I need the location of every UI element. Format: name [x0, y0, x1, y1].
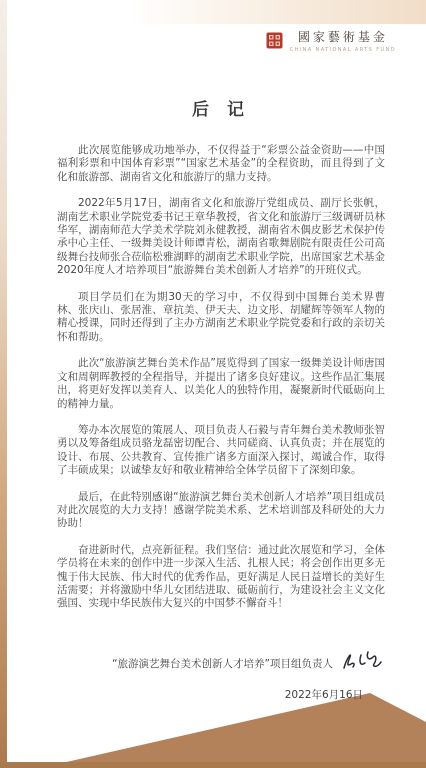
page-title: 后 记	[57, 95, 385, 120]
arts-fund-logo-text: 國家藝術基金 CHINA NATIONAL ARTS FUND	[290, 28, 396, 53]
arts-fund-seal-icon	[266, 32, 283, 49]
signature-label: “旅游演艺舞台美术创新人才培养”项目组负责人	[112, 656, 333, 671]
arts-fund-name-cn: 國家藝術基金	[298, 28, 388, 45]
paragraph-2: 2022年5月17日，湖南省文化和旅游厅党组成员、副厅长张帆，湖南艺术职业学院党…	[57, 197, 385, 277]
document-content: 后 记 此次展览能够成功地举办，不仅得益于“彩票公益金资助——中国福利彩票和中国…	[0, 0, 426, 702]
paragraph-5: 筹办本次展览的策展人、项目负责人石毅与青年舞台美术教师张智勇以及筹备组成员骆龙磊…	[57, 424, 385, 478]
paragraph-4: 此次“旅游演艺舞台美术作品”展览得到了国家一级舞美设计师唐国文和周朝晖教授的全程…	[57, 357, 385, 411]
arts-fund-logo: 國家藝術基金 CHINA NATIONAL ARTS FUND	[266, 28, 396, 53]
document-page: 國家藝術基金 CHINA NATIONAL ARTS FUND 后 记 此次展览…	[0, 0, 426, 768]
arts-fund-name-en: CHINA NATIONAL ARTS FUND	[290, 47, 396, 53]
paragraph-6: 最后，在此特别感谢“旅游演艺舞台美术创新人才培养”项目组成员对此次展览的大力支持…	[57, 491, 385, 531]
paragraph-3: 项目学员们在为期30天的学习中，不仅得到中国舞台美术界曹林、张庆山、张居淮、章抗…	[57, 291, 385, 345]
body-text: 此次展览能够成功地举办，不仅得益于“彩票公益金资助——中国福利彩票和中国体育彩票…	[57, 144, 385, 611]
signature-row: “旅游演艺舞台美术创新人才培养”项目组负责人	[57, 649, 385, 671]
signature-date: 2022年6月16日	[57, 687, 385, 702]
paragraph-7: 奋进新时代，点亮新征程。我们坚信：通过此次展览和学习，全体学员将在未来的创作中进…	[57, 544, 385, 611]
paragraph-1: 此次展览能够成功地举办，不仅得益于“彩票公益金资助——中国福利彩票和中国体育彩票…	[57, 144, 385, 184]
signature-handwriting-icon	[339, 649, 385, 675]
signature-block: “旅游演艺舞台美术创新人才培养”项目组负责人 2022年6月16日	[57, 649, 385, 702]
